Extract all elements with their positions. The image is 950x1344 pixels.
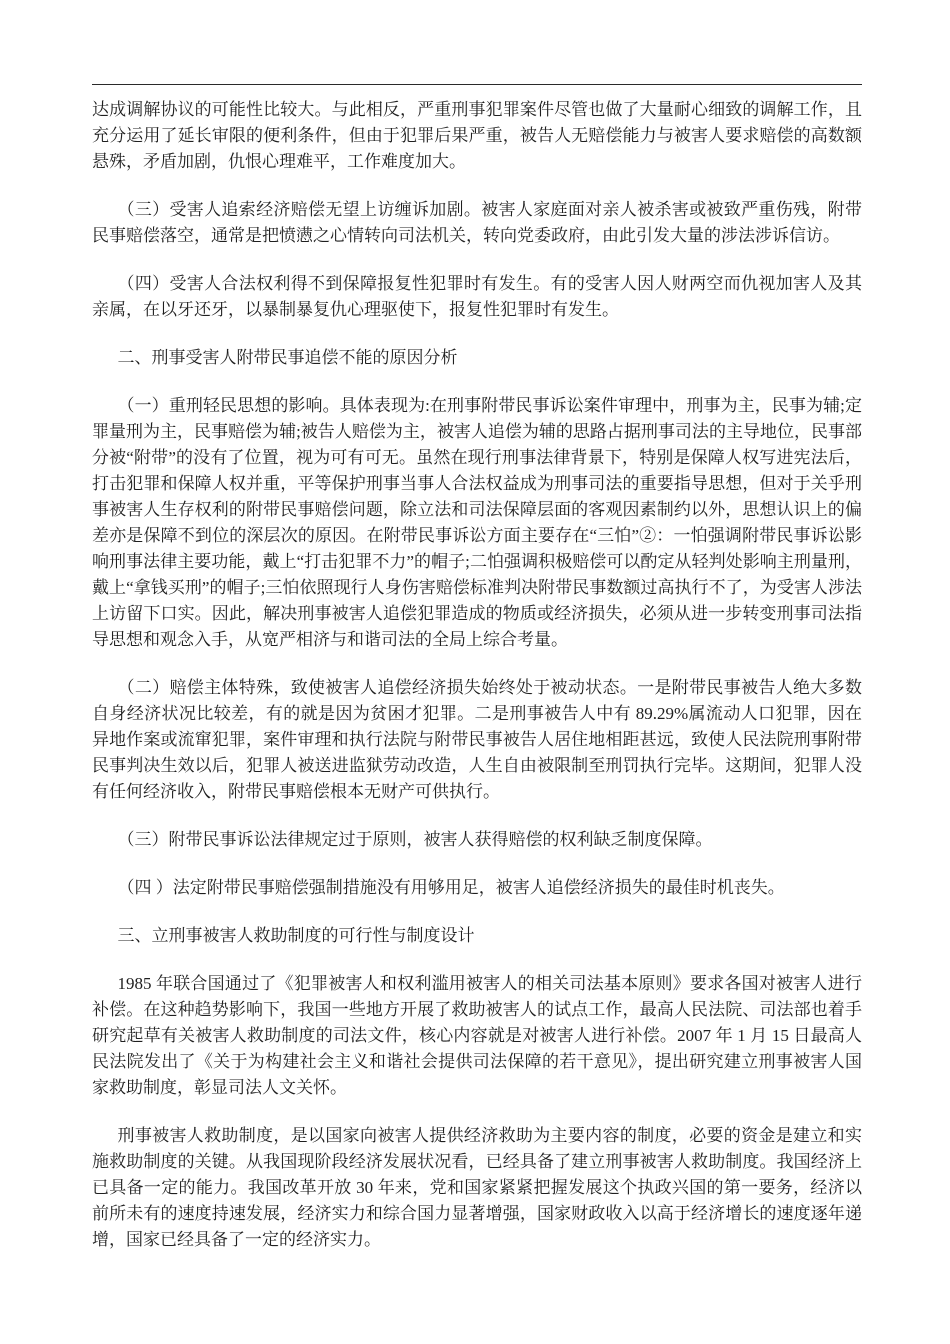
paragraph-item-4: （四）受害人合法权利得不到保障报复性犯罪时有发生。有的受害人因人财两空而仇视加害… [92, 271, 862, 323]
paragraph-reason-3: （三）附带民事诉讼法律规定过于原则，被害人获得赔偿的权利缺乏制度保障。 [92, 827, 862, 853]
paragraph-reason-4: （四 ）法定附带民事赔偿强制措施没有用够用足，被害人追偿经济损失的最佳时机丧失。 [92, 875, 862, 901]
header-divider-rule [92, 84, 862, 85]
paragraph-reason-2: （二）赔偿主体特殊，致使被害人追偿经济损失始终处于被动状态。一是附带民事被告人绝… [92, 675, 862, 805]
paragraph-continuation: 达成调解协议的可能性比较大。与此相反，严重刑事犯罪案件尽管也做了大量耐心细致的调… [92, 97, 862, 175]
section-heading-3: 三、立刑事被害人救助制度的可行性与制度设计 [92, 923, 862, 949]
document-body: 达成调解协议的可能性比较大。与此相反，严重刑事犯罪案件尽管也做了大量耐心细致的调… [92, 97, 862, 1275]
paragraph-un-1985: 1985 年联合国通过了《犯罪被害人和权利滥用被害人的相关司法基本原则》要求各国… [92, 971, 862, 1101]
paragraph-item-3: （三）受害人追索经济赔偿无望上访缠诉加剧。被害人家庭面对亲人被杀害或被致严重伤残… [92, 197, 862, 249]
document-page: 达成调解协议的可能性比较大。与此相反，严重刑事犯罪案件尽管也做了大量耐心细致的调… [0, 0, 950, 1344]
section-heading-2: 二、刑事受害人附带民事追偿不能的原因分析 [92, 345, 862, 371]
paragraph-aid-system: 刑事被害人救助制度，是以国家向被害人提供经济救助为主要内容的制度，必要的资金是建… [92, 1123, 862, 1253]
paragraph-reason-1: （一）重刑轻民思想的影响。具体表现为:在刑事附带民事诉讼案件审理中，刑事为主，民… [92, 393, 862, 653]
